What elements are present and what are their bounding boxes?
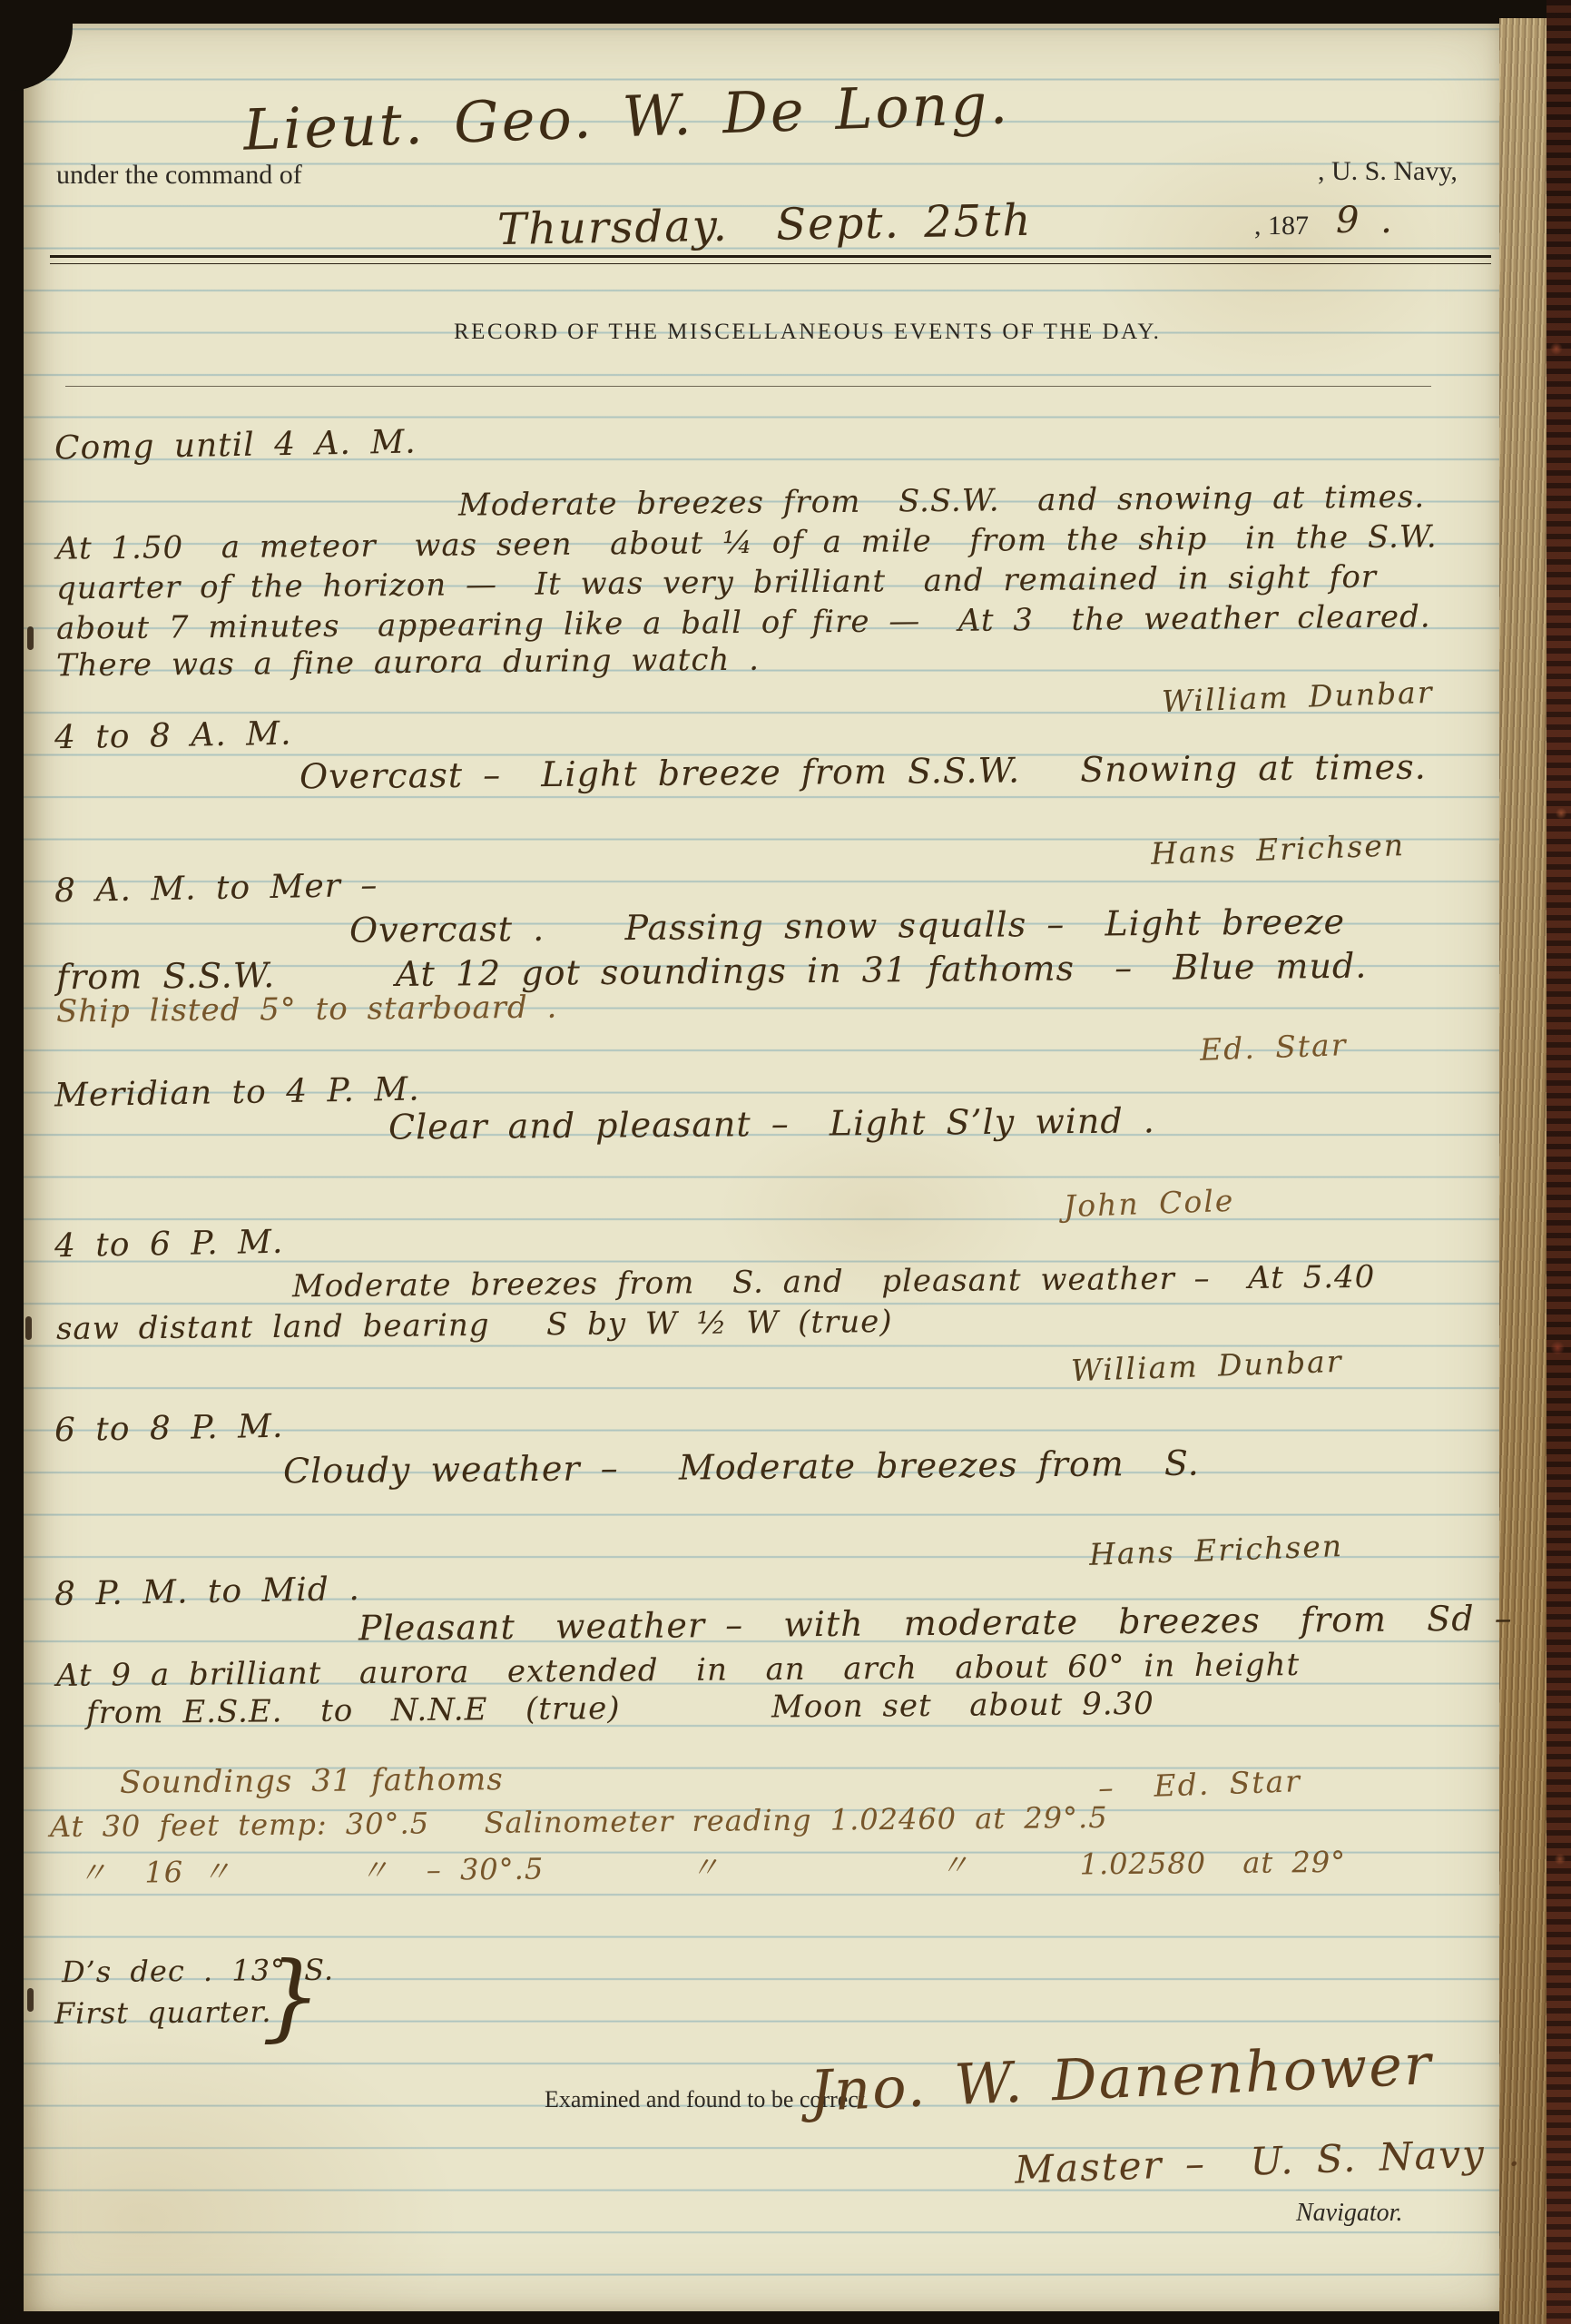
thin-rule [65, 386, 1431, 387]
watch-heading: 8 P. M. to Mid . [54, 1571, 360, 1613]
soundings-line: Soundings 31 fathoms [120, 1761, 504, 1801]
binding-stitch [27, 626, 34, 650]
marbled-fore-edge [1546, 0, 1571, 2324]
log-line: Ship listed 5° to starboard . [56, 990, 558, 1030]
log-line: There was a fine aurora during watch . [56, 642, 760, 684]
printed-command-prefix: under the command of [56, 160, 302, 191]
binding-stitch [27, 1988, 34, 2012]
printed-navigator-label: Navigator. [1296, 2199, 1402, 2228]
watch-heading: 8 A. M. to Mer – [54, 867, 378, 910]
watch-heading: 4 to 8 A. M. [54, 715, 292, 757]
log-line: Cloudy weather – Moderate breezes from S… [283, 1443, 1200, 1492]
watch-signature: Ed. Star [1199, 1027, 1348, 1068]
watch-heading: Comg until 4 A. M. [54, 424, 417, 468]
watch-signature: – Ed. Star [1097, 1763, 1301, 1806]
watch-signature: John Cole [1063, 1183, 1235, 1225]
binding-stitch [25, 1316, 32, 1340]
curly-brace: } [261, 1941, 321, 2052]
log-line: saw distant land bearing S by W ½ W (tru… [56, 1304, 893, 1347]
printed-navy-suffix: , U. S. Navy, [1318, 156, 1458, 187]
moon-phase: First quarter. [54, 1994, 272, 2031]
watch-heading: Meridian to 4 P. M. [54, 1070, 420, 1114]
printed-year-prefix: , 187 [1254, 211, 1309, 241]
year-digit-handwritten: 9 . [1336, 200, 1393, 241]
date-line-handwritten: Thursday. Sept. 25th [497, 195, 1033, 255]
log-line: Clear and pleasant – Light S’ly wind . [388, 1100, 1155, 1147]
record-of-events-title: RECORD OF THE MISCELLANEOUS EVENTS OF TH… [454, 320, 1071, 345]
logbook-scan: under the command of Lieut. Geo. W. De L… [0, 0, 1571, 2324]
watch-heading: 4 to 6 P. M. [54, 1224, 284, 1265]
double-rule [50, 255, 1491, 264]
book-page-edges [1499, 18, 1548, 2324]
watch-heading: 6 to 8 P. M. [54, 1408, 284, 1449]
